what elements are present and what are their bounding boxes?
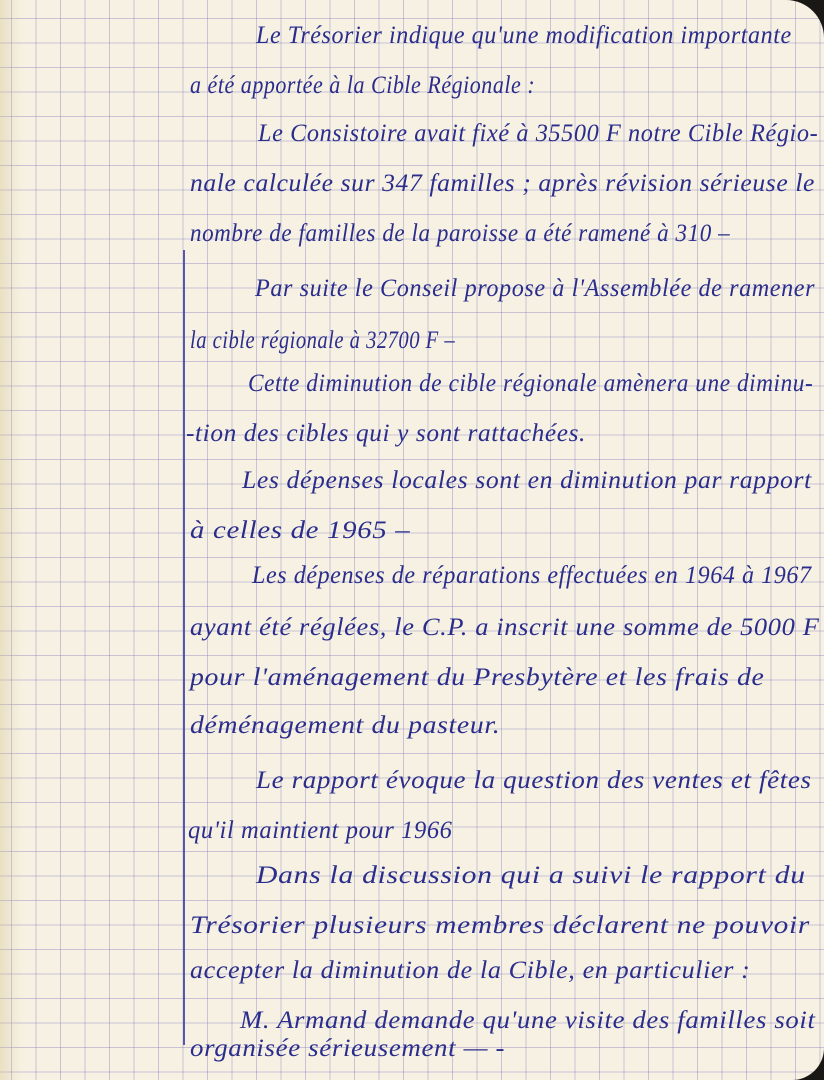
text-line-11: à celles de 1965 –: [190, 518, 410, 543]
text-line-17: qu'il maintient pour 1966: [188, 818, 453, 843]
text-line-5: nombre de familles de la paroisse a été …: [190, 221, 730, 246]
notebook-page: ​ Le Trésorier indique qu'une modificati…: [0, 0, 824, 1080]
text-line-20: accepter la diminution de la Cible, en p…: [190, 958, 750, 983]
text-line-18: Dans la discussion qui a suivi le rappor…: [256, 863, 806, 888]
text-line-2: a été apportée à la Cible Régionale :: [190, 73, 535, 98]
text-line-12: Les dépenses de réparations effectuées e…: [252, 563, 812, 588]
text-line-10: Les dépenses locales sont en diminution …: [242, 468, 812, 493]
text-line-19: Trésorier plusieurs membres déclarent ne…: [190, 913, 810, 938]
text-line-22: organisée sérieusement — -: [190, 1036, 505, 1061]
text-line-15: déménagement du pasteur.: [190, 713, 500, 738]
text-line-8: Cette diminution de cible régionale amèn…: [248, 371, 813, 396]
text-line-13: ayant été réglées, le C.P. a inscrit une…: [190, 615, 819, 640]
text-line-16: Le rapport évoque la question des ventes…: [256, 768, 812, 793]
text-line-14: pour l'aménagement du Presbytère et les …: [190, 665, 765, 690]
text-line-3: Le Consistoire avait fixé à 35500 F notr…: [258, 121, 818, 146]
margin-line: [183, 250, 185, 1045]
text-line-9: -tion des cibles qui y sont rattachées.: [186, 421, 586, 446]
text-line-1: Le Trésorier indique qu'une modification…: [256, 23, 792, 48]
text-line-6: Par suite le Conseil propose à l'Assembl…: [255, 276, 815, 301]
text-line-7: la cible régionale à 32700 F –: [190, 328, 455, 353]
text-line-21: M. Armand demande qu'une visite des fami…: [240, 1008, 816, 1033]
text-line-4: nale calculée sur 347 familles ; après r…: [190, 171, 815, 196]
